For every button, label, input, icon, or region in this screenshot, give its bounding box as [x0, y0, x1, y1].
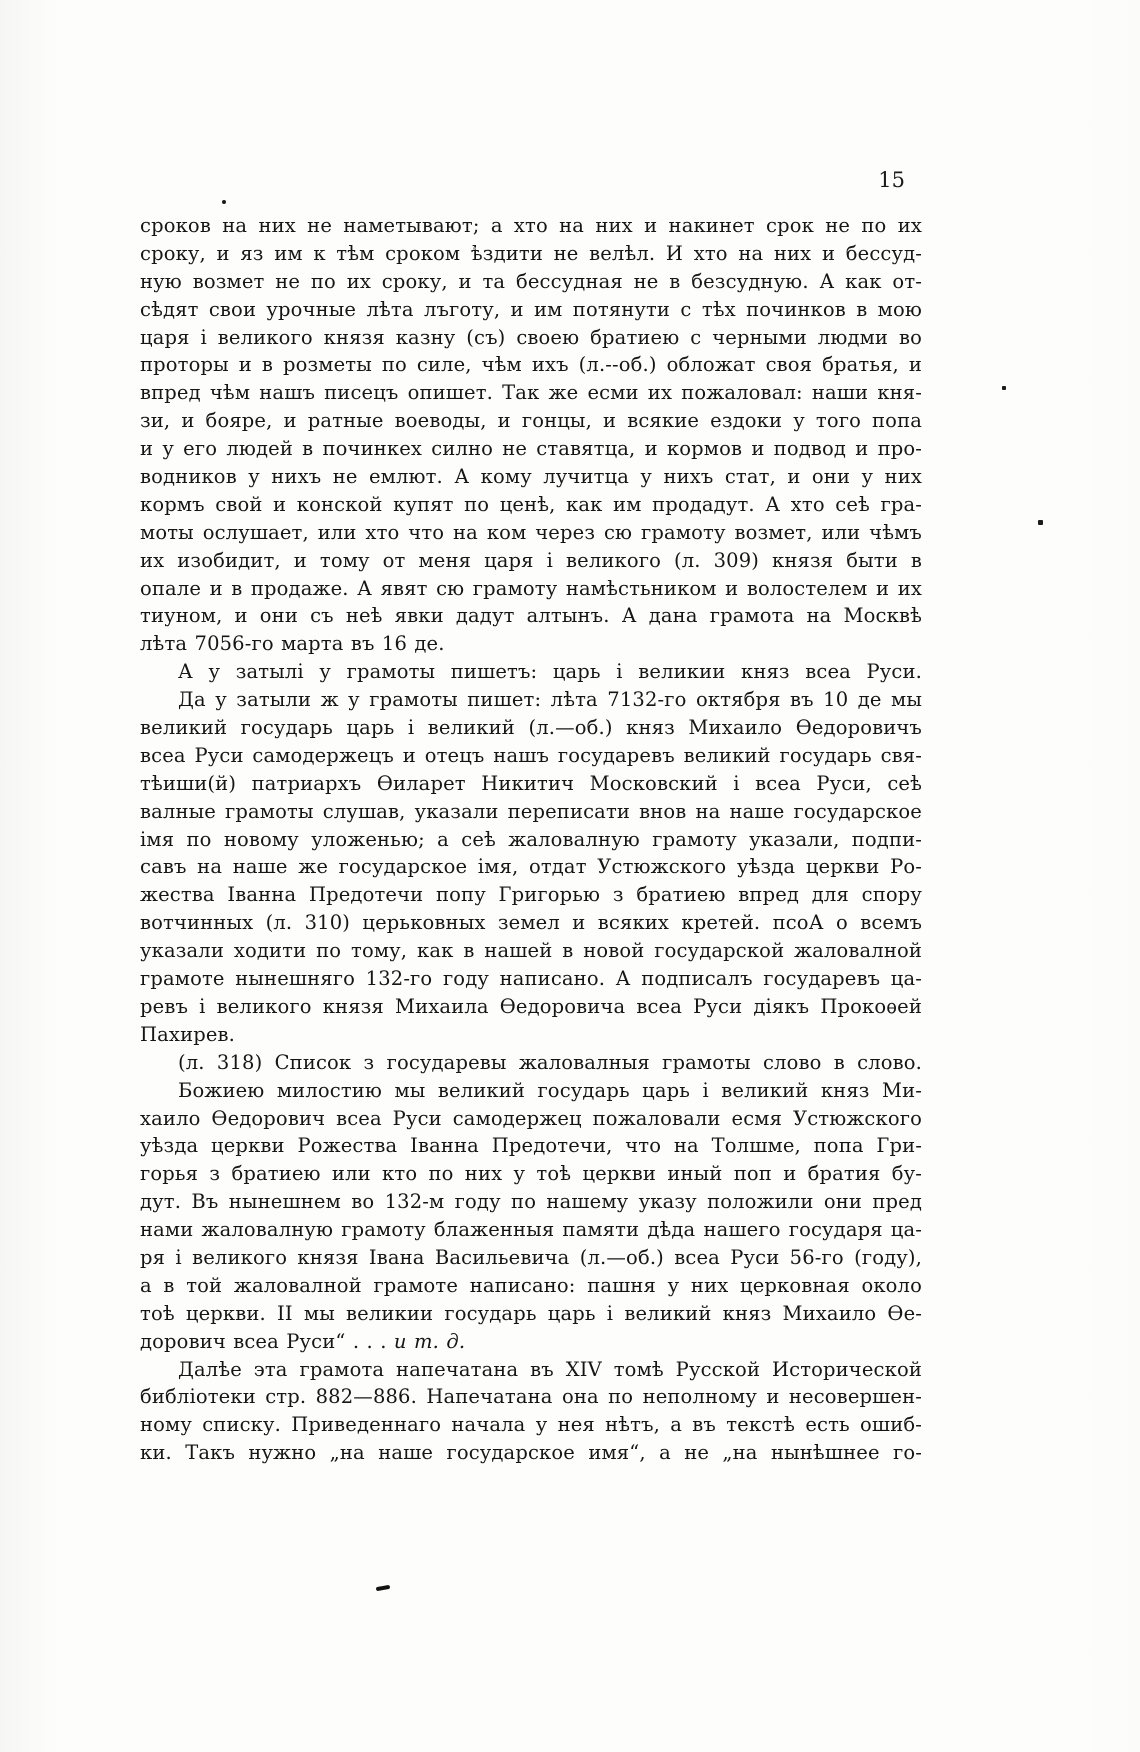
text-line: библіотеки стр. 882—886. Напечатана она … [140, 1383, 922, 1411]
text-line: ревъ і великого князя Михаила Ѳедоровича… [140, 993, 922, 1021]
text-line: всеа Руси самодержецъ и отецъ нашъ госуд… [140, 742, 922, 770]
text-line: жества Іванна Предотечи попу Григорью з … [140, 881, 922, 909]
text-line: уѣзда церкви Рожества Іванна Предотечи, … [140, 1132, 922, 1160]
text-line: сроков на них не наметывают; а хто на ни… [140, 212, 922, 240]
text-line: лѣта 7056-го марта въ 16 де. [140, 630, 922, 658]
text-block: сроков на них не наметывают; а хто на ни… [140, 212, 922, 1467]
text-line: их изобидит, и тому от меня царя і велик… [140, 547, 922, 575]
text-line: и у его людей в починкех силно не ставят… [140, 435, 922, 463]
text-line: савъ на наше же государское імя, отдат У… [140, 853, 922, 881]
text-line: нами жаловалную грамоту блаженныя памяти… [140, 1216, 922, 1244]
text-line: ному списку. Приведеннаго начала у нея н… [140, 1411, 922, 1439]
text-line: кормъ свой и конской купят по ценѣ, как … [140, 491, 922, 519]
scanned-page: 15 сроков на них не наметывают; а хто на… [0, 0, 1140, 1752]
text-line: ную возмет не по их сроку, и та бессудна… [140, 268, 922, 296]
text-line: тѣиши(й) патриархъ Ѳиларет Никитич Моско… [140, 770, 922, 798]
text-line: царя і великого князя казну (съ) своею б… [140, 324, 922, 352]
text-line: Пахирев. [140, 1021, 922, 1049]
text-line: ки. Такъ нужно „на наше государское имя“… [140, 1439, 922, 1467]
ink-speck [1038, 520, 1043, 525]
text-line: сроку, и яз им к тѣм сроком ѣздити не ве… [140, 240, 922, 268]
text-line: Да у затыли ж у грамоты пишет: лѣта 7132… [140, 686, 922, 714]
text-line: валные грамоты слушав, указали переписат… [140, 798, 922, 826]
ink-speck [1002, 386, 1006, 390]
text-line: великий государь царь і великий (л.—об.)… [140, 714, 922, 742]
text-line: дорович всеа Руси“ . . . и т. д. [140, 1328, 922, 1356]
text-line: вотчинных (л. 310) церьковных земел и вс… [140, 909, 922, 937]
text-line: моты ослушает, или хто что на ком через … [140, 519, 922, 547]
text-line: дут. Въ нынешнем во 132-м году по нашему… [140, 1188, 922, 1216]
italic-text: и т. д. [394, 1330, 465, 1353]
text-line: опале и в продаже. А явят сю грамоту нам… [140, 575, 922, 603]
text-line: проторы и в розметы по силе, чѣм ихъ (л.… [140, 351, 922, 379]
text-line: ря і великого князя Івана Васильевича (л… [140, 1244, 922, 1272]
text-line: указали ходити по тому, как в нашей в но… [140, 937, 922, 965]
text-line: впред чѣм нашъ писецъ опишет. Так же есм… [140, 379, 922, 407]
text-line: сѣдят свои урочные лѣта лъготу, и им пот… [140, 296, 922, 324]
page-number: 15 [845, 168, 905, 192]
text-line: імя по новому уложенью; а сеѣ жаловалную… [140, 826, 922, 854]
text-line: тиуном, и они съ неѣ явки дадут алтынъ. … [140, 602, 922, 630]
text-line: зи, и бояре, и ратные воеводы, и гонцы, … [140, 407, 922, 435]
ink-dash [376, 1585, 390, 1591]
text-line: А у затылі у грамоты пишетъ: царь і вели… [140, 658, 922, 686]
text-line: (л. 318) Список з государевы жаловалныя … [140, 1049, 922, 1077]
ink-speck [222, 200, 226, 204]
ink-speck [473, 247, 476, 250]
text-line: горья з братиею или кто по них у тоѣ цер… [140, 1160, 922, 1188]
text-line: грамоте нынешняго 132-го году написано. … [140, 965, 922, 993]
text-line: тоѣ церкви. II мы великии государь царь … [140, 1300, 922, 1328]
text-line: Далѣе эта грамота напечатана въ XIV томѣ… [140, 1356, 922, 1384]
text-line: хаило Ѳедорович всеа Руси самодержец пож… [140, 1105, 922, 1133]
text-line: Божиею милостию мы великий государь царь… [140, 1077, 922, 1105]
text-line: а в той жаловалной грамоте написано: паш… [140, 1272, 922, 1300]
text-line: водников у нихъ не емлют. А кому лучитца… [140, 463, 922, 491]
